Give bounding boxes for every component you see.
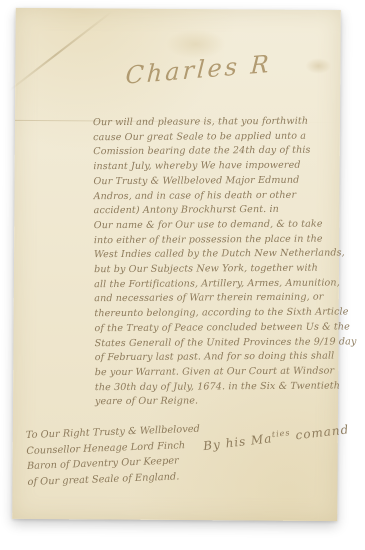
command-note: By his Maties comand: [202, 421, 349, 453]
royal-signature: Charles R: [125, 49, 286, 90]
command-suffix: comand: [290, 422, 350, 443]
letter-body: Our will and pleasure is, that you forth…: [93, 114, 347, 410]
paper-stain: [305, 58, 331, 74]
address-block: To Our Right Trusty & Wellbeloved Counse…: [26, 421, 213, 490]
paper-corner-crease: [8, 11, 112, 92]
photo-stage: Charles R Our will and pleasure is, that…: [0, 0, 365, 550]
command-superscript: ties: [271, 428, 291, 439]
command-prefix: By his Ma: [203, 431, 274, 453]
manuscript-paper: Charles R Our will and pleasure is, that…: [12, 8, 341, 521]
letter-line: yeare of Our Reigne.: [95, 394, 347, 410]
